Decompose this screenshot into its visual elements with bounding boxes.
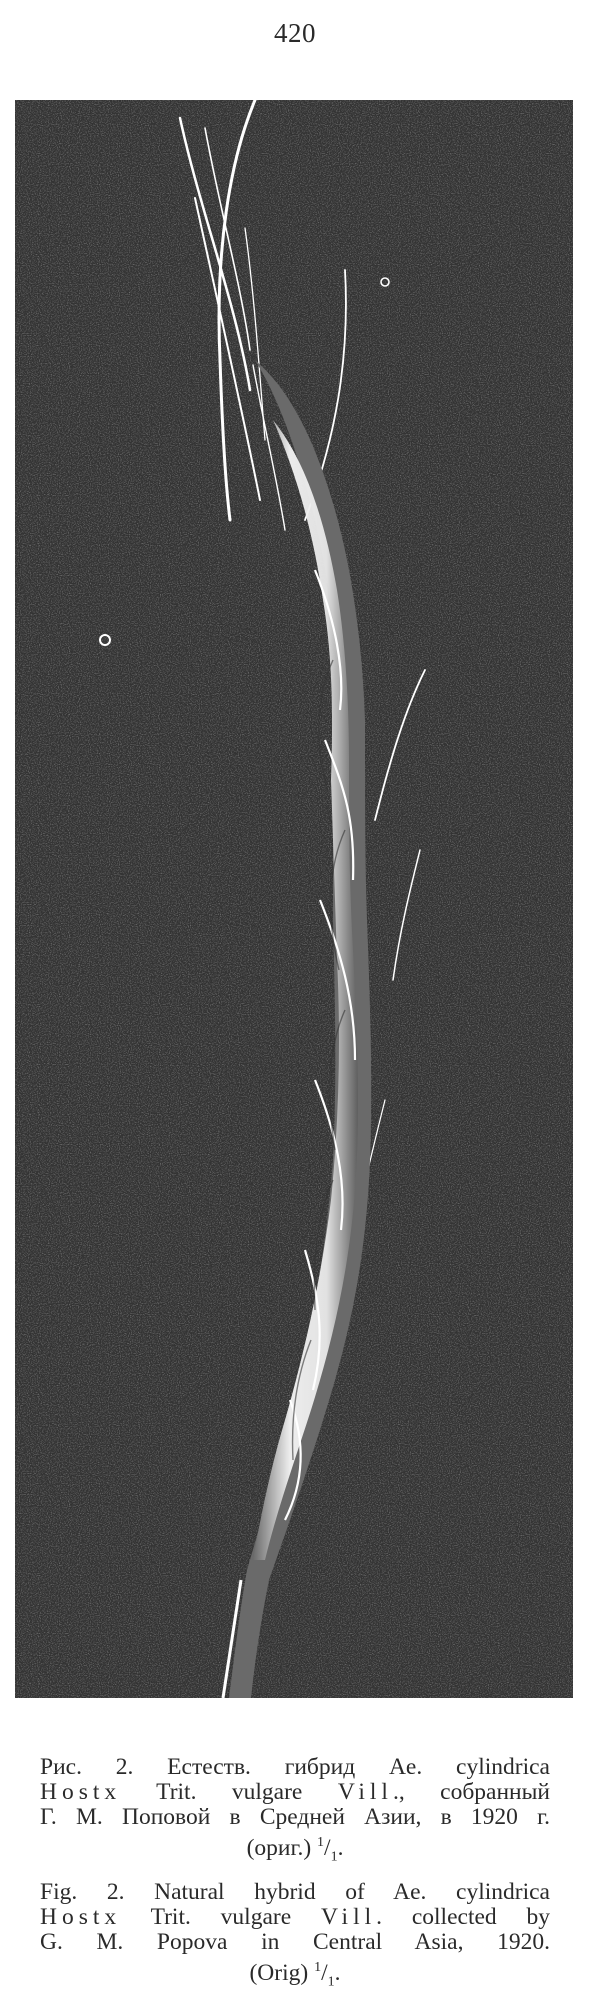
page-number: 420 [0,18,590,49]
author-abbrev: Vill [321,1904,376,1930]
scale-denominator: 1 [328,1975,335,1990]
caption-english: Fig. 2. Natural hybrid of Ae. cylindrica… [0,1880,590,1995]
caption-russian: Рис. 2. Естеств. гибрид Ae. cylindrica H… [0,1755,590,1870]
caption-en-line-4: (Orig) 1/1. [40,1955,550,1995]
caption-ru-line-1: Рис. 2. Естеств. гибрид Ae. cylindrica [40,1755,550,1780]
caption-ru-line-2: Hostx Trit. vulgare Vill., собранный [40,1780,550,1805]
author-abbrev: Vill [338,1779,393,1805]
caption-ru-line-3: Г. М. Поповой в Средней Азии, в 1920 г. [40,1805,550,1830]
scale-numerator: 1 [314,1960,321,1975]
period: . [335,1960,341,1986]
orig-label: (ориг.) [247,1835,317,1861]
figure-photograph [15,100,573,1698]
species-text: Trit. vulgare [121,1779,338,1805]
collected-text: ., собранный [393,1779,550,1805]
species-text: Trit. vulgare [121,1904,321,1930]
author-name: Hostx [40,1904,121,1930]
collected-text: . collected by [376,1904,550,1930]
author-name: Hostx [40,1779,121,1805]
scale-numerator: 1 [317,1835,324,1850]
caption-en-line-1: Fig. 2. Natural hybrid of Ae. cylindrica [40,1880,550,1905]
caption-en-line-3: G. M. Popova in Central Asia, 1920. [40,1930,550,1955]
caption-en-line-2: Hostx Trit. vulgare Vill. collected by [40,1905,550,1930]
caption-ru-line-4: (ориг.) 1/1. [40,1830,550,1870]
period: . [338,1835,344,1861]
orig-label: (Orig) [249,1960,314,1986]
scale-denominator: 1 [331,1850,338,1865]
wheat-spike-image [15,100,573,1698]
